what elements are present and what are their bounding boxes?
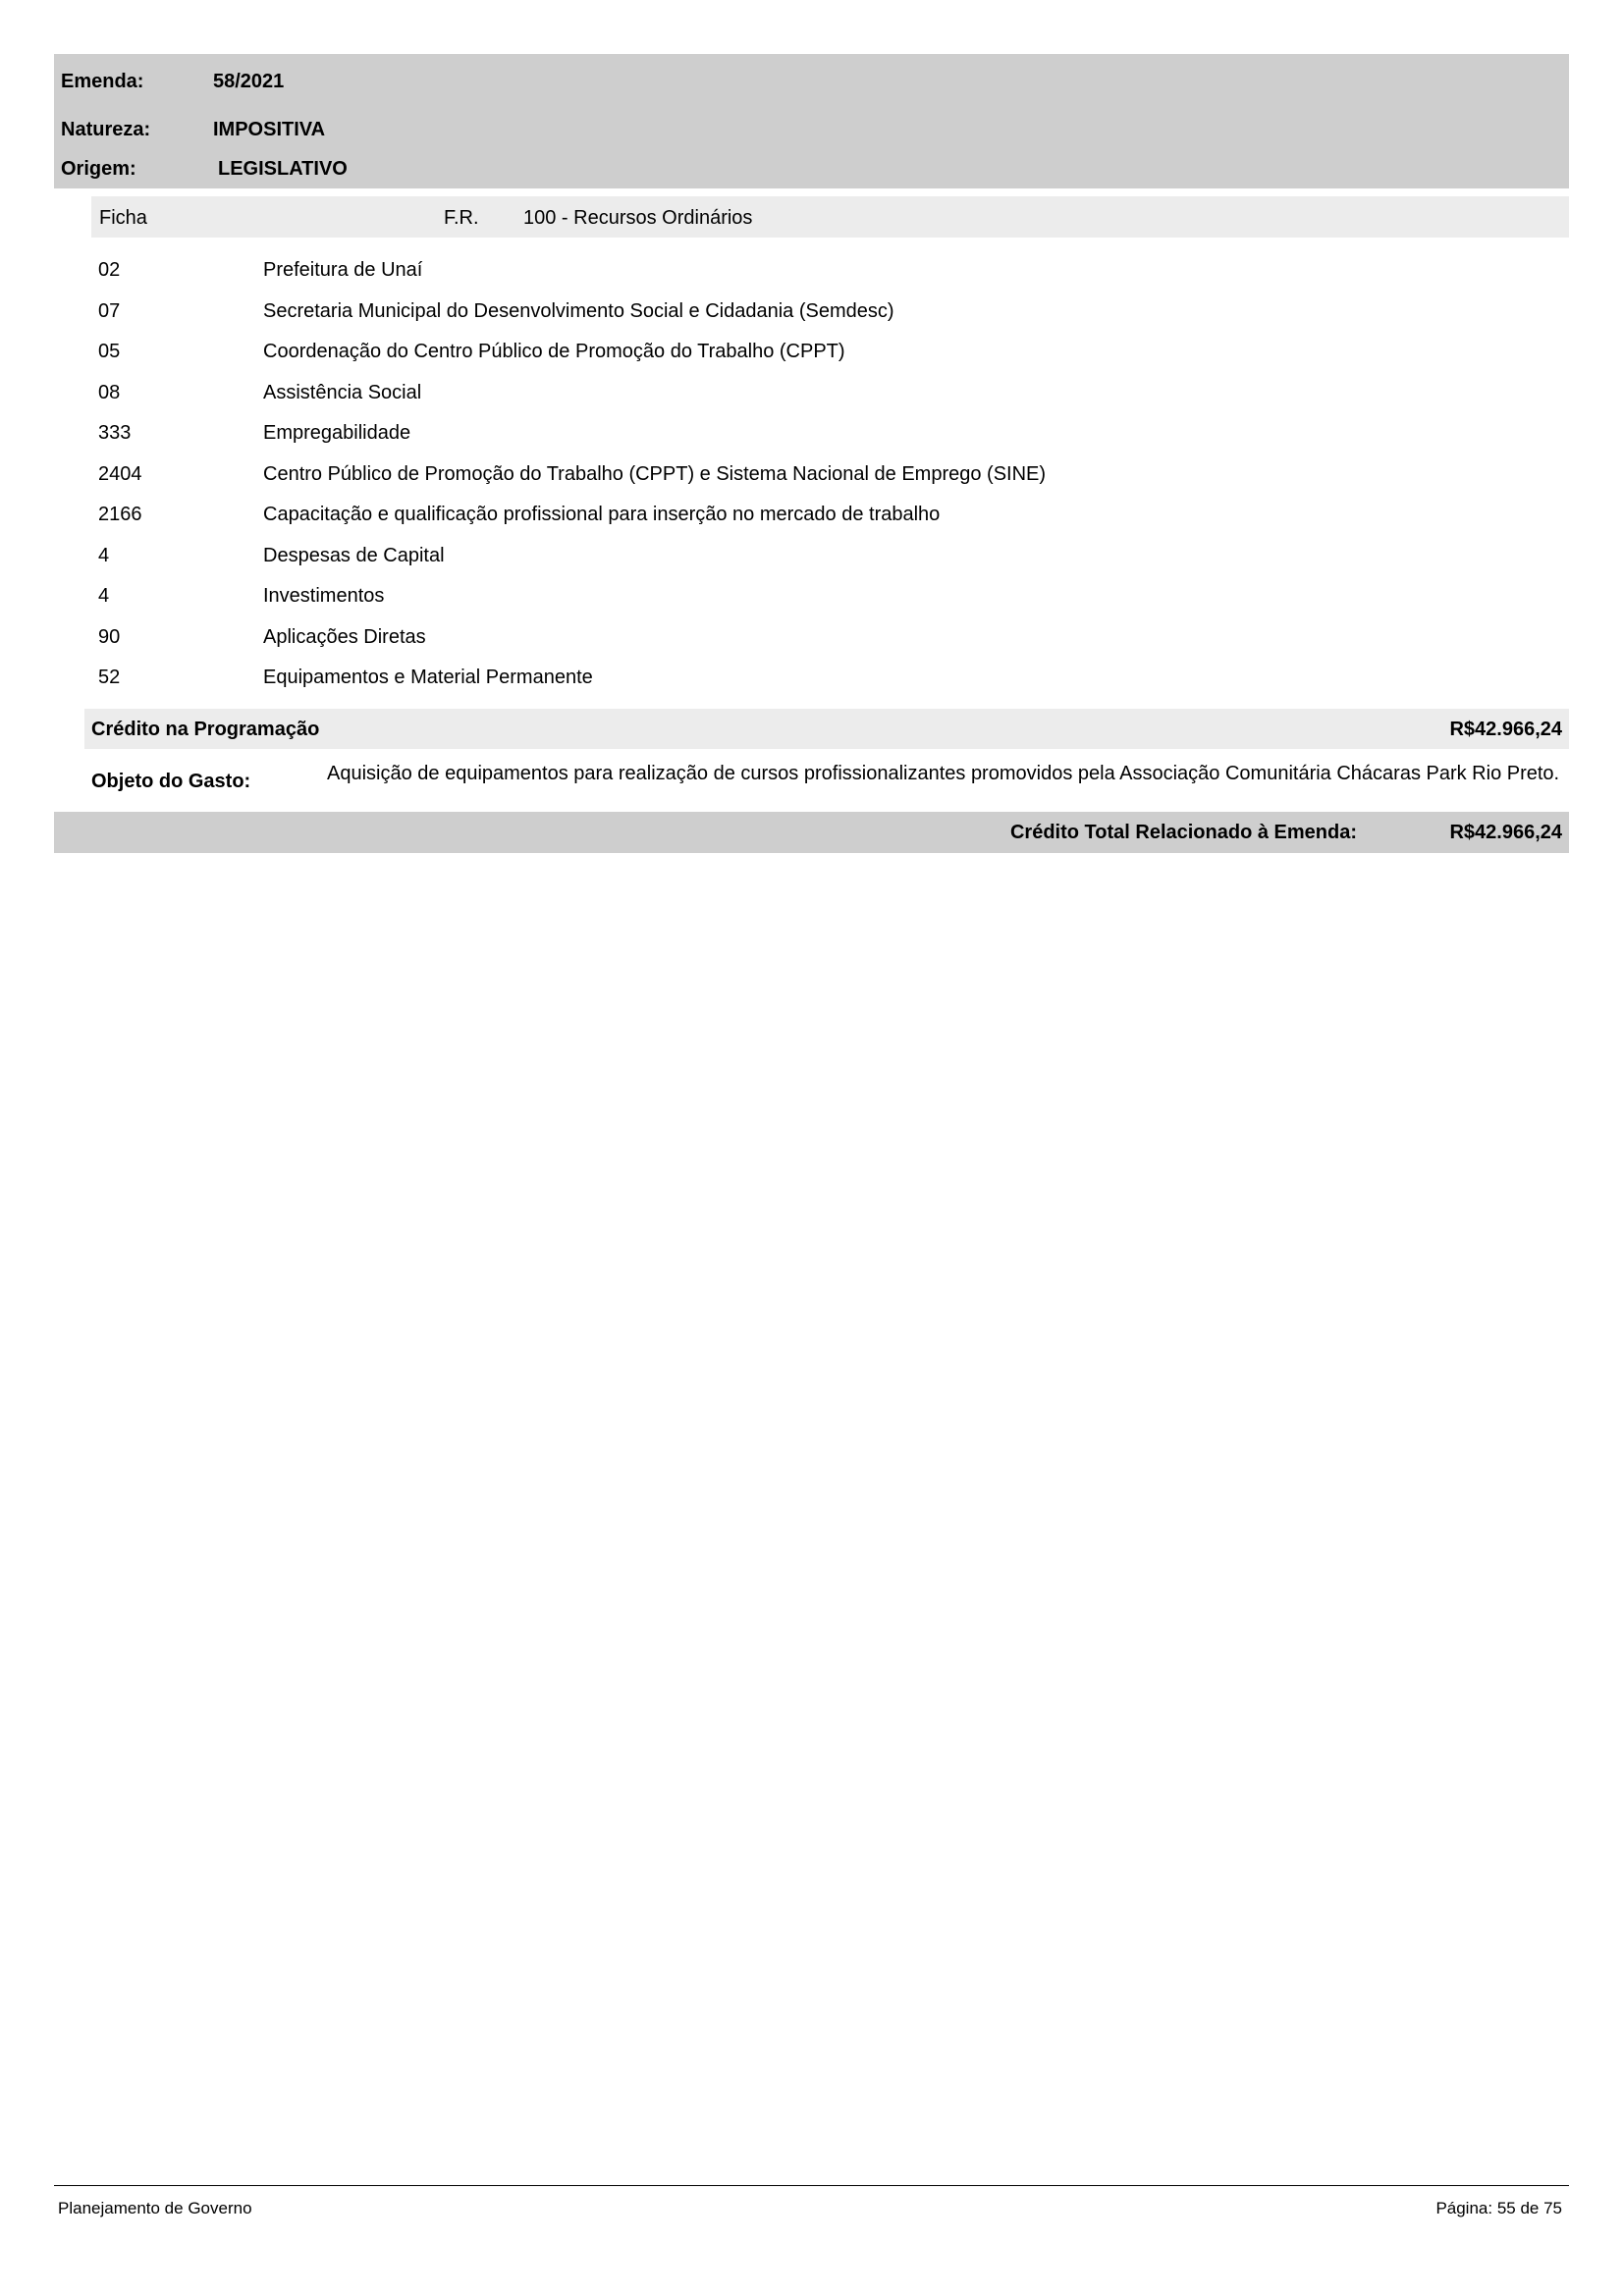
row-description: Aplicações Diretas bbox=[263, 625, 426, 649]
row-description: Assistência Social bbox=[263, 381, 421, 404]
row-description: Despesas de Capital bbox=[263, 544, 445, 567]
emenda-value: 58/2021 bbox=[213, 70, 284, 93]
row-code: 2404 bbox=[98, 462, 142, 486]
row-description: Prefeitura de Unaí bbox=[263, 258, 422, 282]
objeto-gasto-label: Objeto do Gasto: bbox=[91, 770, 250, 793]
row-code: 08 bbox=[98, 381, 120, 404]
origem-label: Origem: bbox=[61, 157, 136, 181]
page-number: Página: 55 de 75 bbox=[1435, 2199, 1562, 2218]
emenda-label: Emenda: bbox=[61, 70, 143, 93]
footer-department: Planejamento de Governo bbox=[58, 2199, 252, 2218]
ficha-label: Ficha bbox=[99, 206, 147, 230]
footer-divider bbox=[54, 2185, 1569, 2186]
row-code: 52 bbox=[98, 666, 120, 689]
row-description: Secretaria Municipal do Desenvolvimento … bbox=[263, 299, 894, 323]
row-code: 07 bbox=[98, 299, 120, 323]
row-code: 333 bbox=[98, 421, 131, 445]
row-description: Empregabilidade bbox=[263, 421, 410, 445]
row-description: Investimentos bbox=[263, 584, 384, 608]
fr-label: F.R. bbox=[444, 206, 479, 230]
row-code: 90 bbox=[98, 625, 120, 649]
row-description: Coordenação do Centro Público de Promoçã… bbox=[263, 340, 845, 363]
row-code: 05 bbox=[98, 340, 120, 363]
origem-value: LEGISLATIVO bbox=[218, 157, 348, 181]
row-code: 4 bbox=[98, 584, 109, 608]
credito-programacao-value: R$42.966,24 bbox=[1449, 718, 1562, 741]
credito-total-label: Crédito Total Relacionado à Emenda: bbox=[1010, 821, 1357, 844]
row-description: Equipamentos e Material Permanente bbox=[263, 666, 593, 689]
row-description: Centro Público de Promoção do Trabalho (… bbox=[263, 462, 1046, 486]
ficha-row bbox=[91, 196, 1569, 238]
row-code: 2166 bbox=[98, 503, 142, 526]
row-code: 4 bbox=[98, 544, 109, 567]
natureza-label: Natureza: bbox=[61, 118, 150, 141]
fr-value: 100 - Recursos Ordinários bbox=[523, 206, 752, 230]
row-code: 02 bbox=[98, 258, 120, 282]
row-description: Capacitação e qualificação profissional … bbox=[263, 503, 940, 526]
natureza-value: IMPOSITIVA bbox=[213, 118, 325, 141]
credito-total-value: R$42.966,24 bbox=[1449, 821, 1562, 844]
credito-programacao-label: Crédito na Programação bbox=[91, 718, 319, 741]
objeto-gasto-text: Aquisição de equipamentos para realizaçã… bbox=[327, 761, 1564, 786]
